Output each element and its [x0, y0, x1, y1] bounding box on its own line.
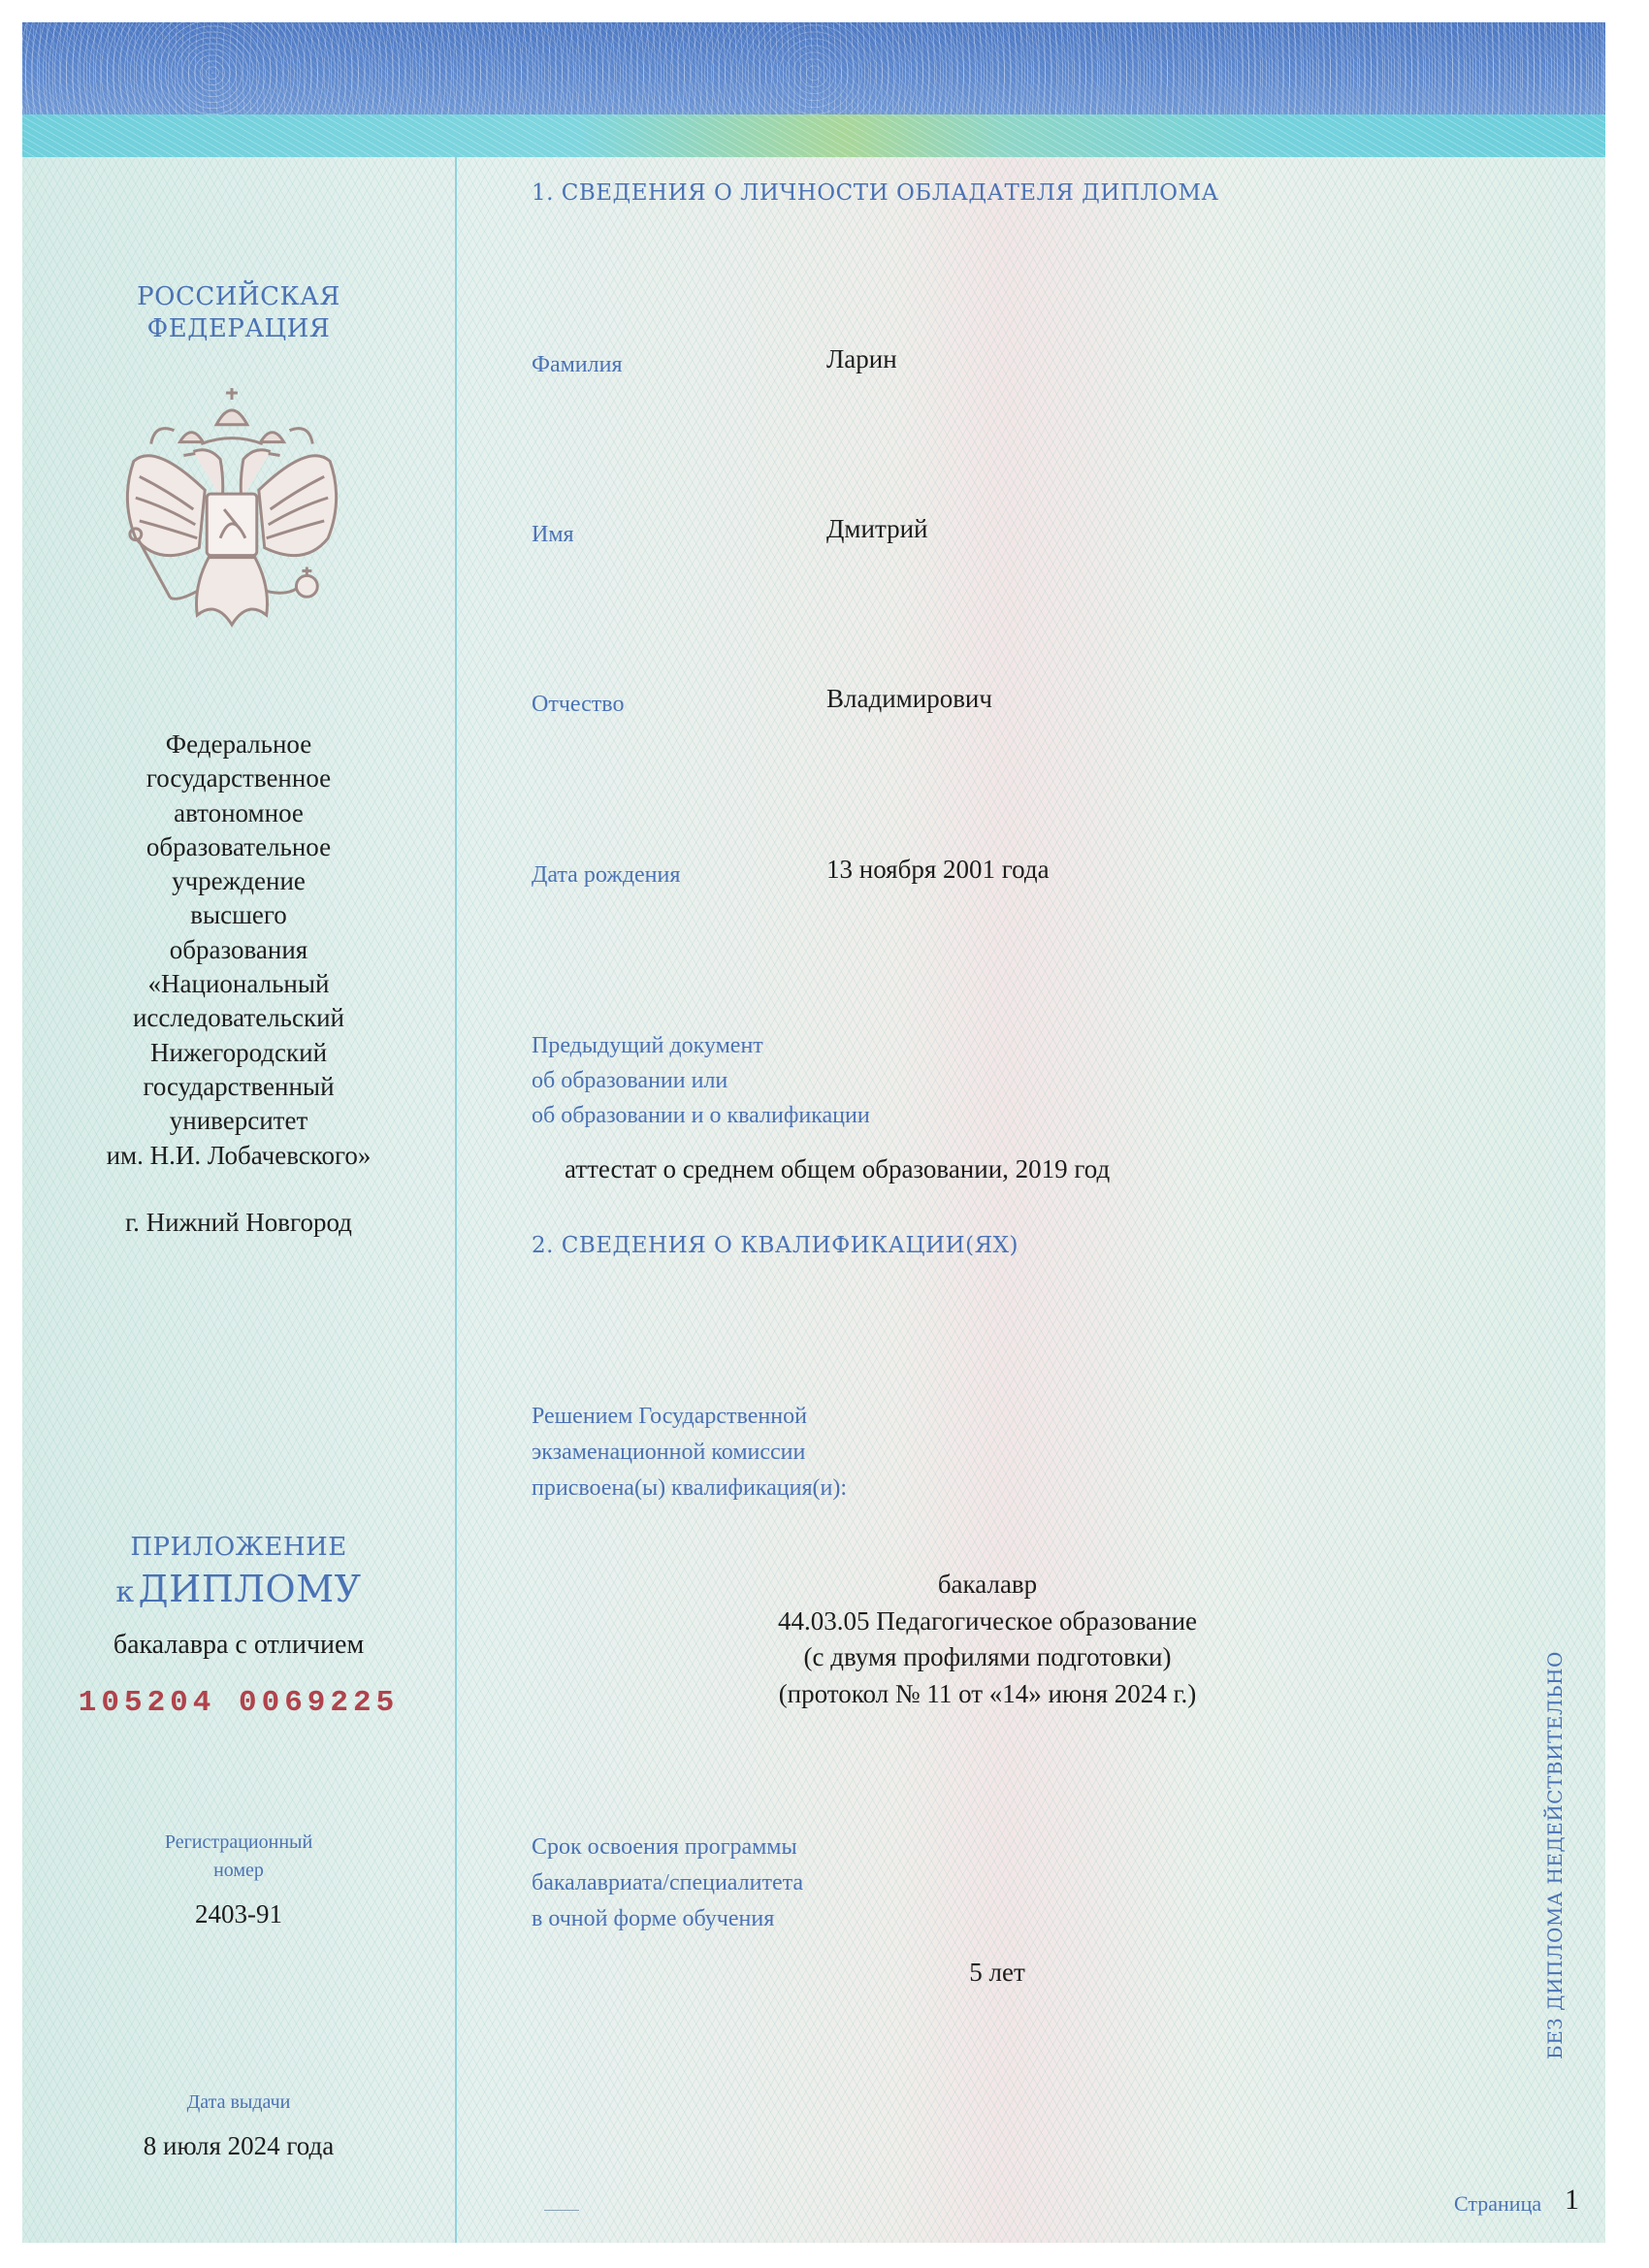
institution-line: Нижегородский	[22, 1036, 455, 1070]
institution-line: исследовательский	[22, 1001, 455, 1035]
qualification-line: (протокол № 11 от «14» июня 2024 г.)	[566, 1676, 1409, 1713]
reg-number-label-line1: Регистрационный	[22, 1831, 455, 1854]
prev-doc-label-line: Предыдущий документ	[532, 1033, 763, 1059]
reg-number: 2403-91	[22, 1899, 455, 1929]
security-pattern-band-cyan	[22, 114, 1605, 157]
invalid-without-diploma-note: БЕЗ ДИПЛОМА НЕДЕЙСТВИТЕЛЬНО	[1543, 1651, 1567, 2059]
duration-label-line: в очной форме обучения	[532, 1906, 774, 1932]
decision-label-line: присвоена(ы) квалификация(и):	[532, 1475, 847, 1502]
qualification-line: (с двумя профилями подготовки)	[566, 1639, 1409, 1676]
section1-heading: 1. СВЕДЕНИЯ О ЛИЧНОСТИ ОБЛАДАТЕЛЯ ДИПЛОМ…	[532, 180, 1218, 206]
institution-city: г. Нижний Новгород	[22, 1208, 455, 1238]
country-name-line2: ФЕДЕРАЦИЯ	[22, 314, 455, 343]
supplement-title-prefix: к	[115, 1575, 134, 1609]
surname-label: Фамилия	[532, 352, 623, 378]
duration-label-line: Срок освоения программы	[532, 1834, 797, 1861]
prev-doc-label-line: об образовании или	[532, 1068, 727, 1094]
institution-line: государственный	[22, 1070, 455, 1104]
supplement-title-line2: к ДИПЛОМУ	[22, 1568, 455, 1610]
birthdate-value: 13 ноября 2001 года	[826, 855, 1050, 885]
supplement-title-line1: ПРИЛОЖЕНИЕ	[22, 1533, 455, 1562]
degree-type: бакалавра с отличием	[22, 1630, 455, 1661]
security-pattern-band-top	[22, 22, 1605, 114]
issue-date: 8 июля 2024 года	[22, 2131, 455, 2161]
birthdate-label: Дата рождения	[532, 862, 680, 889]
column-divider	[455, 157, 457, 2243]
institution-line: высшего	[22, 898, 455, 932]
institution-line: Федеральное	[22, 728, 455, 761]
prev-doc-value: аттестат о среднем общем образовании, 20…	[565, 1154, 1110, 1184]
qualification-block: бакалавр 44.03.05 Педагогическое образов…	[566, 1567, 1409, 1712]
institution-line: университет	[22, 1104, 455, 1138]
institution-line: «Национальный	[22, 967, 455, 1001]
decision-label-line: Решением Государственной	[532, 1404, 807, 1430]
institution-line: государственное	[22, 761, 455, 795]
section2-heading: 2. СВЕДЕНИЯ О КВАЛИФИКАЦИИ(ЯХ)	[532, 1233, 1018, 1258]
patronymic-label: Отчество	[532, 692, 624, 718]
institution-line: учреждение	[22, 864, 455, 898]
institution-line: автономное	[22, 796, 455, 830]
patronymic-value: Владимирович	[826, 684, 992, 714]
prev-doc-label-line: об образовании и о квалификации	[532, 1103, 870, 1129]
institution-line: им. Н.И. Лобачевского»	[22, 1139, 455, 1173]
surname-value: Ларин	[826, 344, 897, 374]
russian-coat-of-arms-icon	[116, 383, 347, 637]
qualification-line: бакалавр	[566, 1567, 1409, 1604]
duration-label-line: бакалавриата/специалитета	[532, 1870, 803, 1896]
country-name-line1: РОССИЙСКАЯ	[22, 282, 455, 311]
issue-date-label: Дата выдачи	[22, 2091, 455, 2114]
reg-number-label-line2: номер	[22, 1860, 455, 1882]
footer-dash	[544, 2210, 579, 2211]
supplement-title-main: ДИПЛОМУ	[139, 1568, 362, 1610]
qualification-line: 44.03.05 Педагогическое образование	[566, 1604, 1409, 1640]
diploma-supplement-page: РОССИЙСКАЯ ФЕДЕРАЦИЯ	[22, 22, 1605, 2243]
institution-line: образовательное	[22, 830, 455, 864]
institution-line: образования	[22, 933, 455, 967]
serial-number: 105204 0069225	[22, 1686, 455, 1720]
name-value: Дмитрий	[826, 514, 927, 544]
name-label: Имя	[532, 522, 574, 548]
decision-label-line: экзаменационной комиссии	[532, 1440, 805, 1466]
institution-name: Федеральное государственное автономное о…	[22, 728, 455, 1173]
page-label: Страница	[1454, 2191, 1541, 2217]
duration-value: 5 лет	[949, 1958, 1046, 1988]
page-number: 1	[1565, 2184, 1579, 2217]
